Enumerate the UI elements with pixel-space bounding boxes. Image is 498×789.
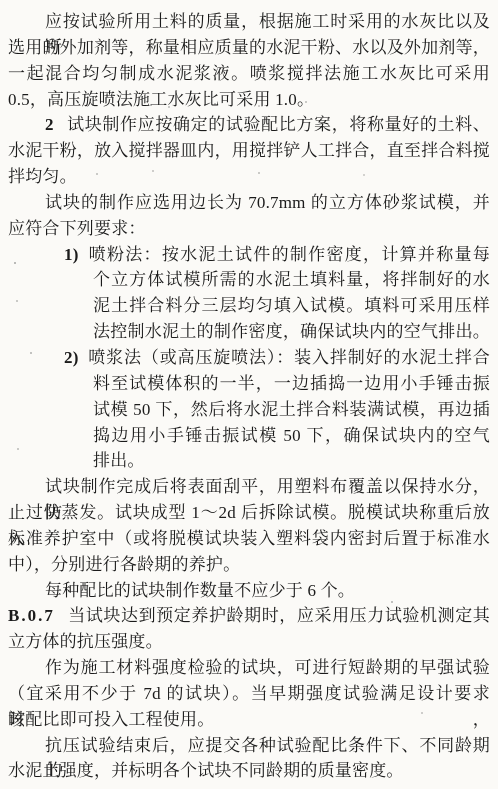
- text-line: 止过快蒸发。试块成型 1～2d 后拆除试模。脱模试块称重后放入: [8, 500, 490, 526]
- text-line: 捣边用小手锤击振试模 50 下，确保试块内的空气: [93, 423, 490, 449]
- scan-noise-speckles: [0, 0, 2, 2]
- text-line: 试块制作完成后将表面刮平，用塑料布覆盖以保持水分，防: [45, 474, 490, 500]
- text-line: 2试块制作应按确定的试验配比方案，将称量好的土料、: [45, 112, 490, 138]
- text-line: 标准养护室中（或将脱模试块装入塑料袋内密封后置于标准水: [8, 526, 490, 552]
- text-segment: 个立方体试模所需的水泥土填料量，将拌制好的水: [93, 270, 490, 289]
- text-segment: 应符合下列要求：: [8, 219, 146, 238]
- text-segment: 喷粉法：按水泥土试件的制作密度，计算并称量每: [88, 245, 490, 264]
- text-segment: 捣边用小手锤击振试模 50 下，确保试块内的空气: [93, 426, 490, 445]
- text-segment: 选用的外加剂等，称量相应质量的水泥干粉、水以及外加剂等，: [8, 38, 490, 57]
- text-line: 立方体的抗压强度。: [8, 629, 490, 655]
- text-line: 2)喷浆法（或高压旋喷法）：装入拌制好的水泥土拌合: [64, 345, 490, 371]
- clause-number: 1): [64, 245, 88, 264]
- text-segment: 拌均匀。: [8, 167, 77, 186]
- text-segment: 排出。: [93, 451, 145, 470]
- text-line: 中），分别进行各龄期的养护。: [8, 552, 490, 578]
- text-segment: 该配比即可投入工程使用。: [8, 710, 214, 729]
- text-segment: 作为施工材料强度检验的试块，可进行短龄期的早强试验: [45, 658, 490, 677]
- text-segment: 标准养护室中（或将脱模试块装入塑料袋内密封后置于标准水: [8, 529, 490, 548]
- text-segment: 料至试模体积的一半，一边插捣一边用小手锤击振: [93, 374, 490, 393]
- text-line: 选用的外加剂等，称量相应质量的水泥干粉、水以及外加剂等，: [8, 35, 490, 61]
- text-segment: 水泥干粉，放入搅拌器皿内，用搅拌铲人工拌合，直至拌合料搅: [8, 141, 490, 160]
- text-line: 应按试验所用土料的质量，根据施工时采用的水灰比以及所: [45, 9, 490, 35]
- text-line: 试模 50 下，然后将水泥土拌合料装满试模，再边插: [93, 397, 490, 423]
- text-line: 水泥干粉，放入搅拌器皿内，用搅拌铲人工拌合，直至拌合料搅: [8, 138, 490, 164]
- text-line: 试块的制作应选用边长为 70.7mm 的立方体砂浆试模，并: [45, 190, 490, 216]
- text-segment: 每种配比的试块制作数量不应少于 6 个。: [45, 581, 355, 600]
- text-line: （宜采用不少于 7d 的试块）。当早期强度试验满足设计要求时，: [8, 681, 490, 707]
- document-body: 应按试验所用土料的质量，根据施工时采用的水灰比以及所选用的外加剂等，称量相应质量…: [8, 9, 490, 784]
- text-segment: 当试块达到预定养护龄期时，应采用压力试验机测定其: [68, 606, 490, 625]
- text-segment: 一起混合均匀制成水泥浆液。喷浆搅拌法施工水灰比可采用: [8, 64, 490, 83]
- text-line: 每种配比的试块制作数量不应少于 6 个。: [45, 578, 490, 604]
- clause-number: 2: [45, 115, 67, 134]
- text-line: 泥土拌合料分三层均匀填入试模。填料可采用压样: [93, 293, 490, 319]
- text-segment: 0.5，高压旋喷法施工水灰比可采用 1.0。: [8, 90, 314, 109]
- text-line: 作为施工材料强度检验的试块，可进行短龄期的早强试验: [45, 655, 490, 681]
- text-segment: 水泥土强度，并标明各个试块不同龄期的质量密度。: [8, 761, 404, 780]
- text-line: 应符合下列要求：: [8, 216, 490, 242]
- text-segment: 试块制作应按确定的试验配比方案，将称量好的土料、: [67, 115, 490, 134]
- text-segment: 法控制水泥土的制作密度，确保试块内的空气排出。: [93, 322, 490, 341]
- text-segment: 试模 50 下，然后将水泥土拌合料装满试模，再边插: [93, 400, 490, 419]
- clause-number: B.0.7: [8, 606, 68, 625]
- text-line: 抗压试验结束后，应提交各种试验配比条件下、不同龄期的: [45, 733, 490, 759]
- text-line: 法控制水泥土的制作密度，确保试块内的空气排出。: [93, 319, 490, 345]
- text-segment: 立方体的抗压强度。: [8, 632, 163, 651]
- text-segment: 中），分别进行各龄期的养护。: [8, 555, 240, 574]
- text-segment: 泥土拌合料分三层均匀填入试模。填料可采用压样: [93, 296, 490, 315]
- text-line: 1)喷粉法：按水泥土试件的制作密度，计算并称量每: [64, 242, 490, 268]
- text-line: 个立方体试模所需的水泥土填料量，将拌制好的水: [93, 267, 490, 293]
- clause-number: 2): [64, 348, 88, 367]
- text-line: 料至试模体积的一半，一边插捣一边用小手锤击振: [93, 371, 490, 397]
- text-line: 排出。: [93, 448, 490, 474]
- text-line: B.0.7当试块达到预定养护龄期时，应采用压力试验机测定其: [8, 603, 490, 629]
- text-line: 拌均匀。: [8, 164, 490, 190]
- scanned-document-page: 应按试验所用土料的质量，根据施工时采用的水灰比以及所选用的外加剂等，称量相应质量…: [0, 0, 498, 789]
- text-line: 水泥土强度，并标明各个试块不同龄期的质量密度。: [8, 758, 490, 784]
- text-line: 一起混合均匀制成水泥浆液。喷浆搅拌法施工水灰比可采用: [8, 61, 490, 87]
- text-segment: 试块的制作应选用边长为 70.7mm 的立方体砂浆试模，并: [45, 193, 490, 212]
- text-segment: 喷浆法（或高压旋喷法）：装入拌制好的水泥土拌合: [88, 348, 490, 367]
- text-line: 0.5，高压旋喷法施工水灰比可采用 1.0。: [8, 87, 490, 113]
